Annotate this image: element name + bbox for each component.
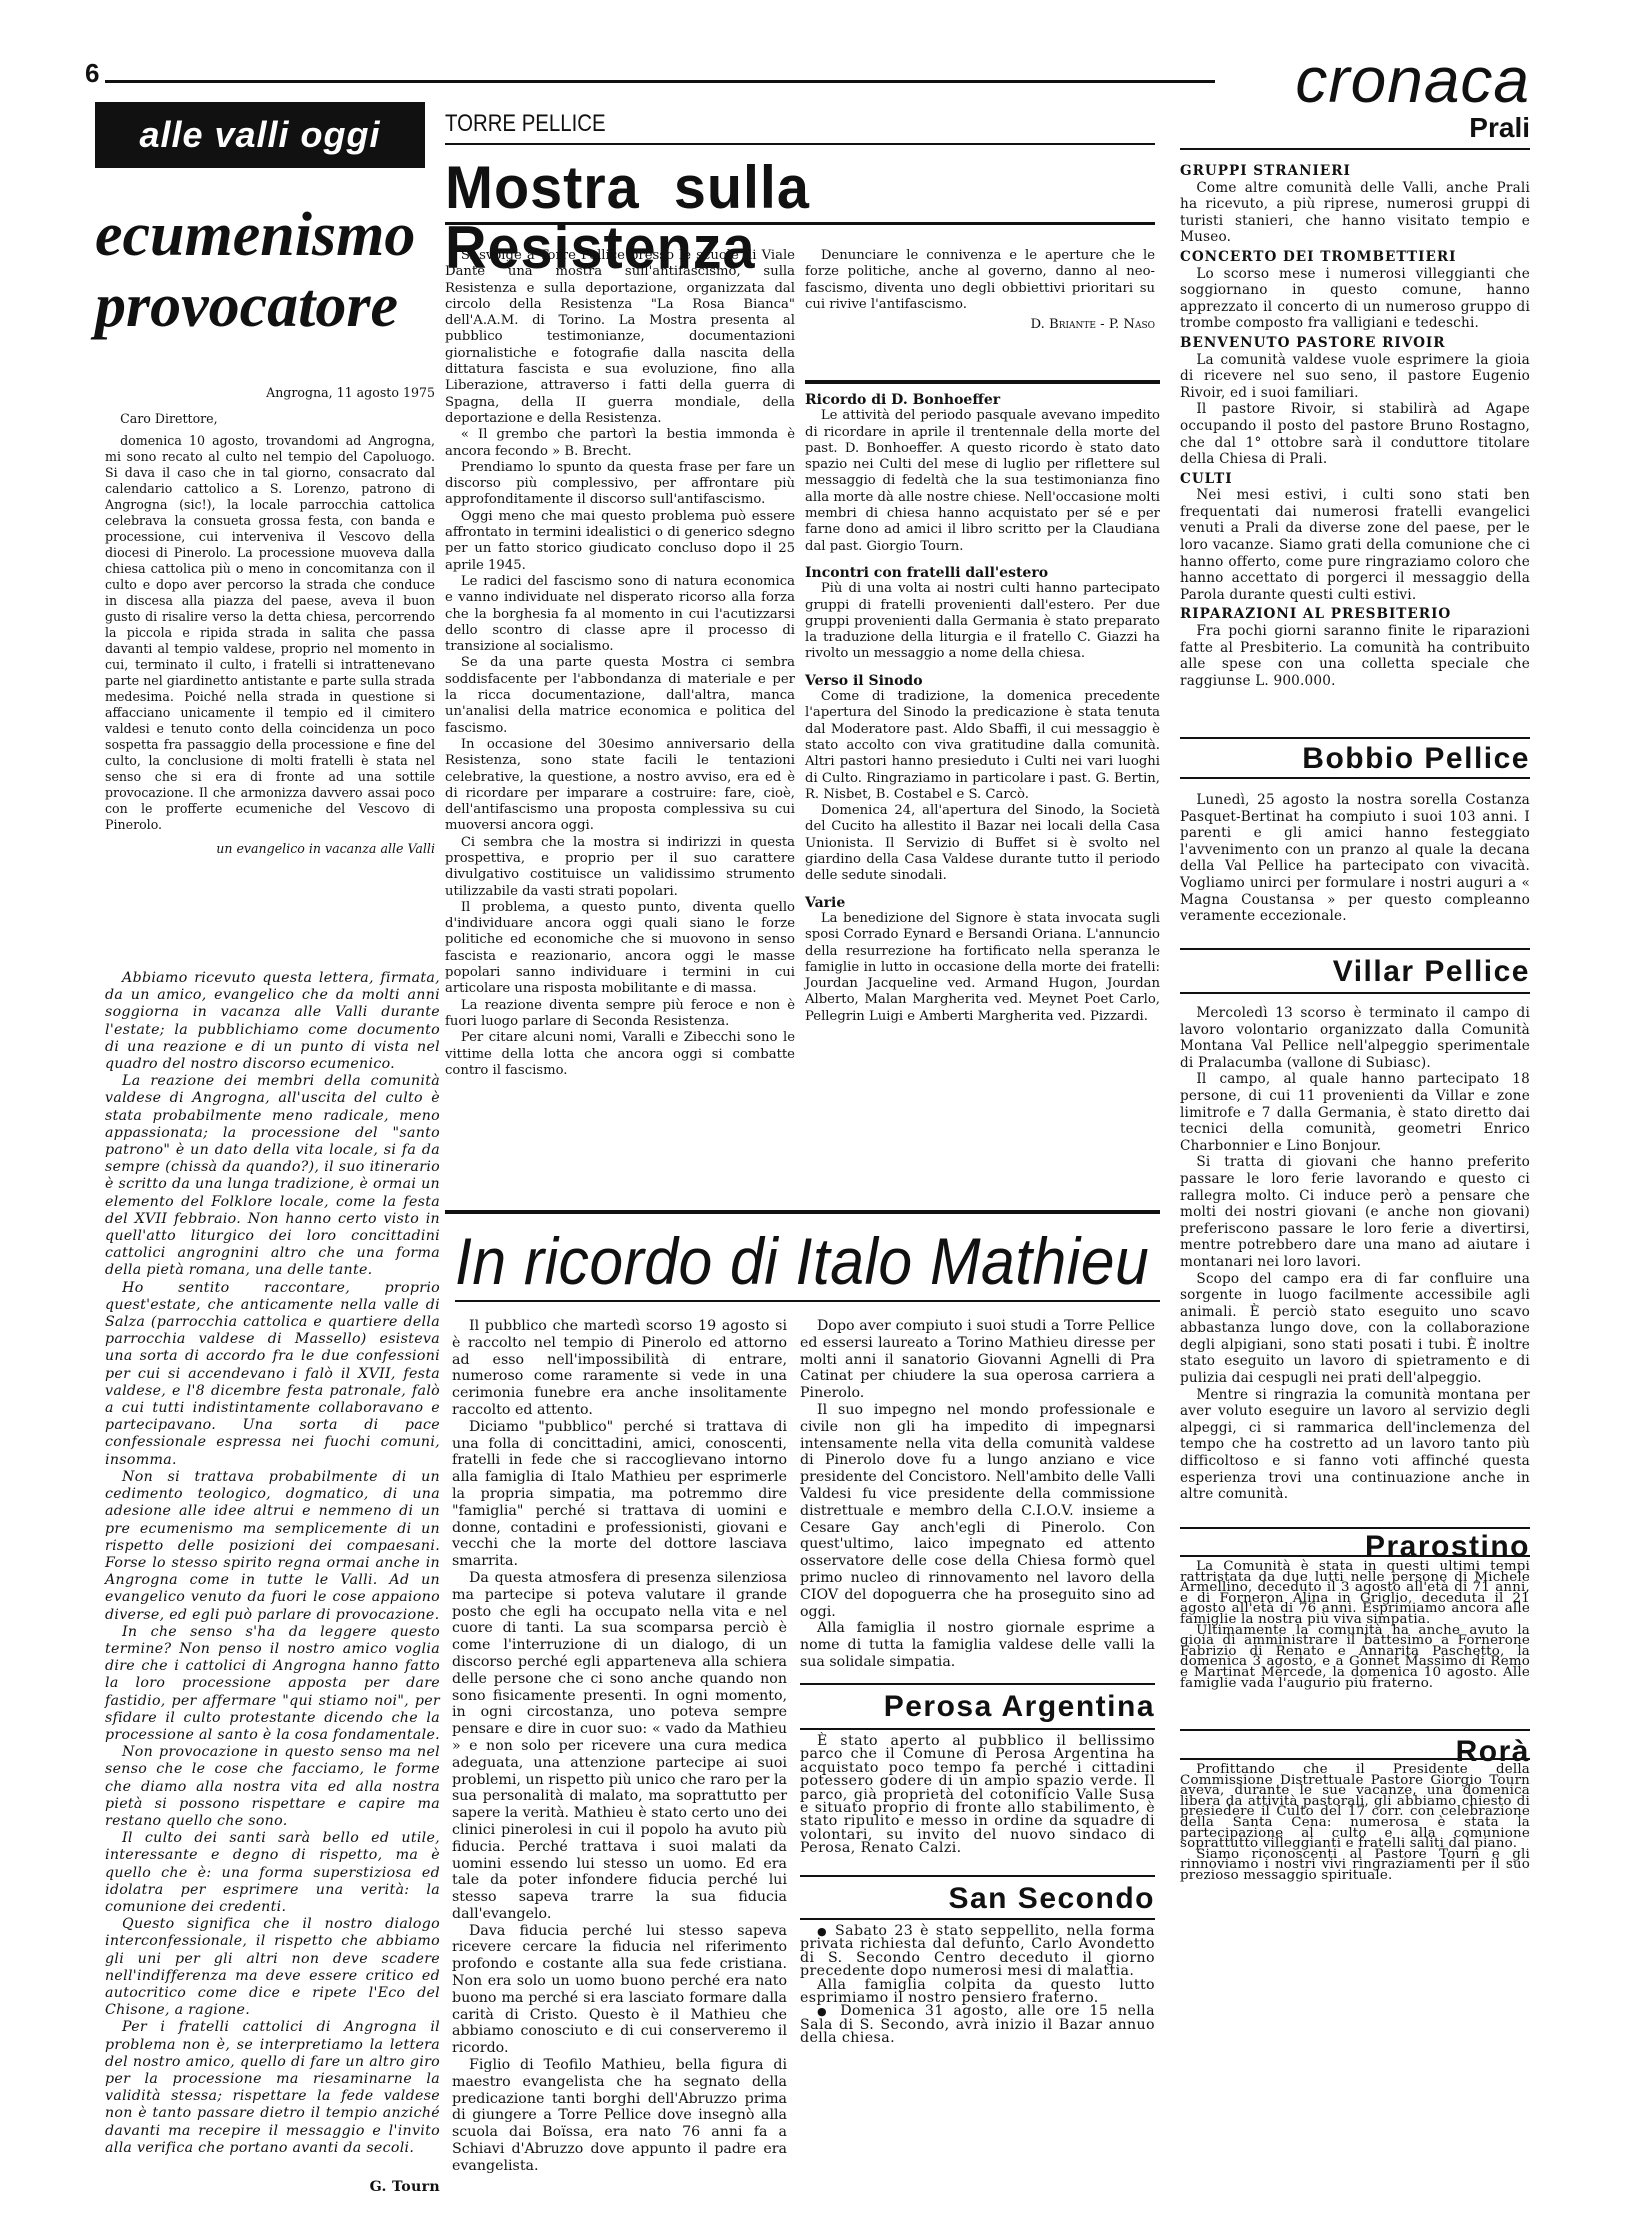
section-divider	[1180, 992, 1530, 994]
town-heading-prali: Prali	[1330, 112, 1530, 144]
reply-paragraph: Non si trattava probabilmente di un cedi…	[105, 1469, 440, 1624]
section-divider	[1180, 777, 1530, 779]
reply-signature: G. Tourn	[105, 2179, 440, 2196]
section-divider	[1180, 737, 1530, 739]
news-text: La benedizione del Signore è stata invoc…	[805, 911, 1160, 1025]
article-paragraph: La reazione diventa sempre più feroce e …	[445, 998, 795, 1031]
article-paragraph: Ultimamente la comunità ha anche avuto l…	[1180, 1626, 1530, 1690]
bobbio-article: Lunedì, 25 agosto la nostra sorella Cost…	[1180, 792, 1530, 925]
news-item: Sabato 23 è stato seppellito, nella form…	[800, 1925, 1155, 1979]
section-divider	[1180, 1758, 1530, 1760]
section-divider	[1180, 1555, 1530, 1557]
article-paragraph: La Comunità è stata in questi ultimi tem…	[1180, 1562, 1530, 1626]
kicker-rule	[445, 143, 1155, 145]
torre-news: Ricordo di D. Bonhoeffer Le attività del…	[805, 392, 1160, 1025]
mathieu-headline: In ricordo di Italo Mathieu	[455, 1228, 1108, 1294]
villar-article: Mercoledì 13 scorso è terminato il campo…	[1180, 1005, 1530, 1503]
town-heading-bobbio: Bobbio Pellice	[1180, 742, 1530, 776]
news-heading: CONCERTO DEI TROMBETTIERI	[1180, 249, 1530, 266]
article-byline: D. Briante - P. Naso	[805, 317, 1155, 333]
mostra-column-1: Si svolge a Torre Pellice presso le scuo…	[445, 248, 795, 1079]
news-heading: BENVENUTO PASTORE RIVOIR	[1180, 335, 1530, 352]
news-text: Le attività del periodo pasquale avevano…	[805, 408, 1160, 555]
section-divider	[1180, 1729, 1530, 1731]
reply-paragraph: Questo significa che il nostro dialogo i…	[105, 1916, 440, 2019]
news-item: Alla famiglia colpita da questo lutto es…	[800, 1979, 1155, 2006]
article-paragraph: Il pubblico che martedì scorso 19 agosto…	[452, 1318, 787, 1419]
news-heading: RIPARAZIONI AL PRESBITERIO	[1180, 606, 1530, 623]
article-paragraph: Siamo riconoscenti al Pastore Tourn e gl…	[1180, 1850, 1530, 1882]
title-line-2: provocatore	[95, 271, 435, 342]
article-paragraph: Scopo del campo era di far confluire una…	[1180, 1271, 1530, 1387]
town-heading-villar: Villar Pellice	[1180, 955, 1530, 989]
letter-salutation: Caro Direttore,	[105, 411, 435, 427]
article-paragraph: Le radici del fascismo sono di natura ec…	[445, 574, 795, 655]
article-paragraph: Il campo, al quale hanno partecipato 18 …	[1180, 1071, 1530, 1154]
news-text: Più di una volta ai nostri culti hanno p…	[805, 581, 1160, 662]
mathieu-column-1: Il pubblico che martedì scorso 19 agosto…	[452, 1318, 787, 2175]
article-paragraph: In occasione del 30esimo anniversario de…	[445, 737, 795, 835]
article-quote: « Il grembo che partorì la bestia immond…	[445, 427, 795, 460]
news-text: La comunità valdese vuole esprimere la g…	[1180, 352, 1530, 402]
letter-signature: un evangelico in vacanza alle Valli	[105, 841, 435, 857]
letter-dateline: Angrogna, 11 agosto 1975	[105, 385, 435, 401]
article-paragraph: Si tratta di giovani che hanno preferito…	[1180, 1154, 1530, 1270]
news-text: Nei mesi estivi, i culti sono stati ben …	[1180, 487, 1530, 603]
news-text: Lo scorso mese i numerosi villeggianti c…	[1180, 266, 1530, 332]
article-paragraph: Mercoledì 13 scorso è terminato il campo…	[1180, 1005, 1530, 1071]
article-paragraph: Dopo aver compiuto i suoi studi a Torre …	[800, 1318, 1155, 1402]
editor-reply: Abbiamo ricevuto questa lettera, firmata…	[105, 970, 440, 2196]
prarostino-article: La Comunità è stata in questi ultimi tem…	[1180, 1562, 1530, 1689]
section-divider	[445, 1210, 1160, 1214]
article-paragraph: Per citare alcuni nomi, Varalli e Zibecc…	[445, 1030, 795, 1079]
headline-rule	[455, 1300, 1160, 1302]
article-paragraph: Profittando che il Presidente della Comm…	[1180, 1765, 1530, 1850]
news-text: Il pastore Rivoir, si stabilirà ad Agape…	[1180, 401, 1530, 467]
article-paragraph: È stato aperto al pubblico il bellissimo…	[800, 1735, 1155, 1856]
article-paragraph: Diciamo "pubblico" perché si trattava di…	[452, 1419, 787, 1570]
section-divider	[800, 1728, 1155, 1730]
reply-paragraph: In che senso s'ha da leggere questo term…	[105, 1624, 440, 1744]
article-kicker: TORRE PELLICE	[445, 110, 606, 138]
section-divider	[800, 1918, 1155, 1920]
reader-letter: Angrogna, 11 agosto 1975 Caro Direttore,…	[105, 385, 435, 857]
news-text: Fra pochi giorni saranno finite le ripar…	[1180, 623, 1530, 689]
reply-paragraph: La reazione dei membri della comunità va…	[105, 1073, 440, 1279]
rora-article: Profittando che il Presidente della Comm…	[1180, 1765, 1530, 1882]
news-heading: CULTI	[1180, 471, 1530, 488]
article-paragraph: Lunedì, 25 agosto la nostra sorella Cost…	[1180, 792, 1530, 925]
reply-paragraph: Ho sentito raccontare, proprio quest'est…	[105, 1280, 440, 1469]
section-divider	[1180, 148, 1530, 150]
article-paragraph: Denunciare le connivenza e le aperture c…	[805, 248, 1155, 313]
article-paragraph: Dava fiducia perché lui stesso sapeva ri…	[452, 1923, 787, 2057]
town-heading-perosa: Perosa Argentina	[800, 1690, 1155, 1724]
section-divider	[800, 1683, 1155, 1685]
masthead-rule	[105, 80, 1215, 83]
reply-paragraph: Per i fratelli cattolici di Angrogna il …	[105, 2019, 440, 2157]
section-divider	[1180, 1527, 1530, 1529]
section-divider	[1180, 948, 1530, 950]
headline-rule	[445, 222, 1155, 225]
news-text: Domenica 24, all'apertura del Sinodo, la…	[805, 803, 1160, 884]
article-paragraph: Il suo impegno nel mondo professionale e…	[800, 1402, 1155, 1620]
article-paragraph: Se da una parte questa Mostra ci sembra …	[445, 655, 795, 736]
news-heading: Incontri con fratelli dall'estero	[805, 565, 1160, 581]
article-paragraph: Oggi meno che mai questo problema può es…	[445, 509, 795, 574]
article-paragraph: Si svolge a Torre Pellice presso le scuo…	[445, 248, 795, 427]
left-article-title: ecumenismo provocatore	[95, 200, 435, 343]
column-label: alle valli oggi	[139, 114, 380, 156]
article-paragraph: Mentre si ringrazia la comunità montana …	[1180, 1387, 1530, 1503]
mathieu-column-2: Dopo aver compiuto i suoi studi a Torre …	[800, 1318, 1155, 1671]
reply-paragraph: Il culto dei santi sarà bello ed utile, …	[105, 1830, 440, 1916]
article-paragraph: Il problema, a questo punto, diventa que…	[445, 900, 795, 998]
news-heading: Ricordo di D. Bonhoeffer	[805, 392, 1160, 408]
letter-body: domenica 10 agosto, trovandomi ad Angrog…	[105, 433, 435, 833]
title-line-1: ecumenismo	[95, 200, 435, 271]
section-divider	[805, 380, 1160, 384]
prali-article: GRUPPI STRANIERI Come altre comunità del…	[1180, 160, 1530, 689]
section-title: cronaca	[1230, 48, 1530, 112]
reply-paragraph: Non provocazione in questo senso ma nel …	[105, 1744, 440, 1830]
page-number: 6	[85, 58, 99, 89]
article-paragraph: Alla famiglia il nostro giornale esprime…	[800, 1620, 1155, 1670]
news-text: Come altre comunità delle Valli, anche P…	[1180, 180, 1530, 246]
section-divider	[800, 1875, 1155, 1877]
article-paragraph: Da questa atmosfera di presenza silenzio…	[452, 1570, 787, 1923]
news-heading: GRUPPI STRANIERI	[1180, 163, 1530, 180]
san-secondo-article: Sabato 23 è stato seppellito, nella form…	[800, 1925, 1155, 2046]
article-paragraph: Figlio di Teofilo Mathieu, bella figura …	[452, 2057, 787, 2175]
news-heading: Varie	[805, 895, 1160, 911]
column-label-box: alle valli oggi	[95, 102, 425, 168]
news-text: Come di tradizione, la domenica preceden…	[805, 689, 1160, 803]
news-heading: Verso il Sinodo	[805, 673, 1160, 689]
news-item: Domenica 31 agosto, alle ore 15 nella Sa…	[800, 2005, 1155, 2045]
article-paragraph: Ci sembra che la mostra si indirizzi in …	[445, 835, 795, 900]
reply-paragraph: Abbiamo ricevuto questa lettera, firmata…	[105, 970, 440, 1073]
town-heading-san-secondo: San Secondo	[800, 1882, 1155, 1916]
article-paragraph: Prendiamo lo spunto da questa frase per …	[445, 460, 795, 509]
perosa-article: È stato aperto al pubblico il bellissimo…	[800, 1735, 1155, 1856]
mostra-column-2: Denunciare le connivenza e le aperture c…	[805, 248, 1155, 333]
